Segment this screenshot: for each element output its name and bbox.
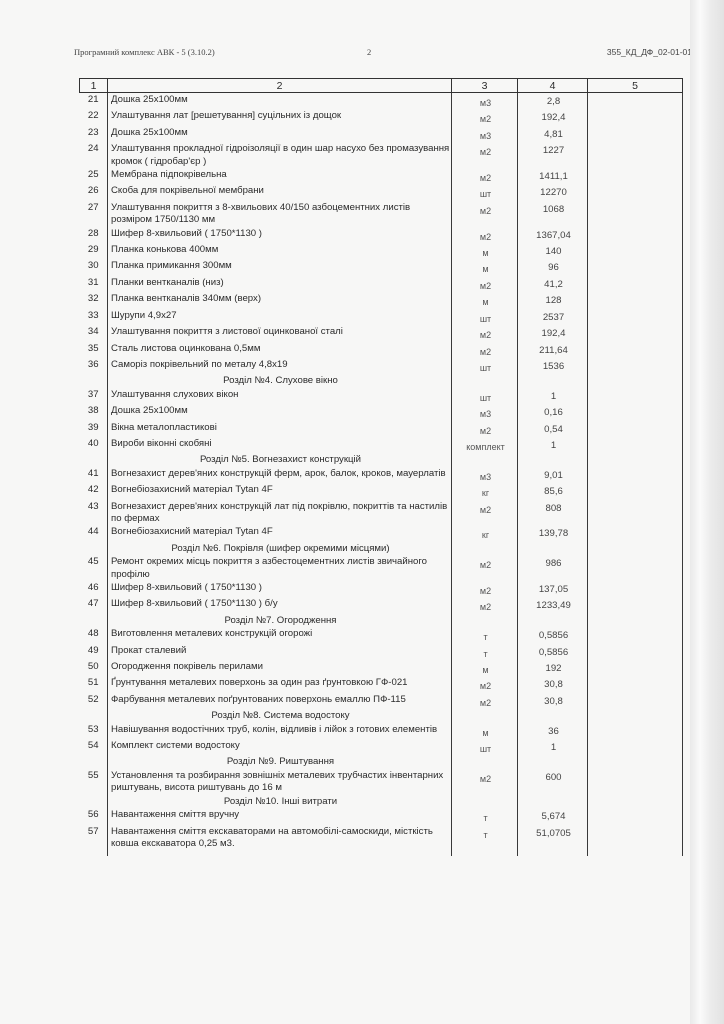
work-description: Дошка 25x100мм bbox=[108, 404, 452, 420]
note-cell bbox=[588, 109, 683, 125]
work-description: Вогнебіозахисний матеріал Tytan 4F bbox=[108, 525, 452, 541]
note-cell bbox=[588, 374, 683, 387]
quantity: 1233,49 bbox=[518, 597, 588, 613]
table-row: 26Скоба для покрівельної мембраништ12270 bbox=[80, 184, 683, 200]
quantity-cell bbox=[518, 453, 588, 466]
note-cell bbox=[588, 755, 683, 768]
work-description: Улаштування слухових вікон bbox=[108, 388, 452, 404]
column-header: 4 bbox=[518, 79, 588, 93]
row-number: 36 bbox=[80, 358, 108, 374]
table-row: 52Фарбування металевих поґрунтованих пов… bbox=[80, 693, 683, 709]
table-row: 46Шифер 8-хвильовий ( 1750*1130 )м2137,0… bbox=[80, 581, 683, 597]
column-header: 1 bbox=[80, 79, 108, 93]
note-cell bbox=[588, 453, 683, 466]
row-number: 22 bbox=[80, 109, 108, 125]
row-number: 23 bbox=[80, 126, 108, 142]
section-row: Розділ №6. Покрівля (шифер окремими місц… bbox=[80, 542, 683, 555]
note-cell bbox=[588, 259, 683, 275]
document-page: Програмний комплекс АВК - 5 (3.10.2) 2 3… bbox=[0, 0, 690, 1024]
table-row: 51Ґрунтування металевих поверхонь за оди… bbox=[80, 676, 683, 692]
row-number: 56 bbox=[80, 808, 108, 824]
row-number: 45 bbox=[80, 555, 108, 581]
table-row: 56Навантаження сміття вручнут5,674 bbox=[80, 808, 683, 824]
unit-of-measure: м bbox=[452, 259, 518, 275]
row-number: 39 bbox=[80, 421, 108, 437]
quantity: 0,5856 bbox=[518, 627, 588, 643]
row-number: 41 bbox=[80, 467, 108, 483]
row-number: 43 bbox=[80, 500, 108, 526]
row-number-cell bbox=[80, 755, 108, 768]
unit-of-measure: шт bbox=[452, 739, 518, 755]
unit-of-measure: м2 bbox=[452, 142, 518, 168]
work-description: Комплект системи водостоку bbox=[108, 739, 452, 755]
row-number: 33 bbox=[80, 309, 108, 325]
unit-of-measure: м2 bbox=[452, 555, 518, 581]
quantity: 2537 bbox=[518, 309, 588, 325]
unit-of-measure: м2 bbox=[452, 500, 518, 526]
table-row: 34Улаштування покриття з листової оцинко… bbox=[80, 325, 683, 341]
work-description: Вогнезахист дерев'яних конструкцій ферм,… bbox=[108, 467, 452, 483]
table-row: 25Мембрана підпокрівельнам21411,1 bbox=[80, 168, 683, 184]
quantity: 1 bbox=[518, 437, 588, 453]
note-cell bbox=[588, 627, 683, 643]
work-description: Навантаження сміття вручну bbox=[108, 808, 452, 824]
note-cell bbox=[588, 693, 683, 709]
column-header: 3 bbox=[452, 79, 518, 93]
table-row: 39Вікна металопластиковім20,54 bbox=[80, 421, 683, 437]
quantity: 986 bbox=[518, 555, 588, 581]
unit-of-measure: м2 bbox=[452, 109, 518, 125]
note-cell bbox=[588, 467, 683, 483]
note-cell bbox=[588, 342, 683, 358]
page-number: 2 bbox=[367, 47, 371, 57]
work-description: Планки вентканалів (низ) bbox=[108, 276, 452, 292]
row-number-cell bbox=[80, 374, 108, 387]
work-description: Шифер 8-хвильовий ( 1750*1130 ) bbox=[108, 227, 452, 243]
note-cell bbox=[588, 437, 683, 453]
note-cell bbox=[588, 808, 683, 824]
row-number-cell bbox=[80, 709, 108, 722]
note-cell bbox=[588, 795, 683, 808]
unit-of-measure: м bbox=[452, 723, 518, 739]
unit-of-measure: м2 bbox=[452, 325, 518, 341]
quantity-cell bbox=[518, 755, 588, 768]
software-name: Програмний комплекс АВК - 5 (3.10.2) bbox=[74, 47, 215, 57]
row-number: 21 bbox=[80, 93, 108, 110]
table-row: 38Дошка 25x100ммм30,16 bbox=[80, 404, 683, 420]
quantity: 1536 bbox=[518, 358, 588, 374]
unit-of-measure: м2 bbox=[452, 581, 518, 597]
row-number: 29 bbox=[80, 243, 108, 259]
table-row: 57Навантаження сміття екскаваторами на а… bbox=[80, 825, 683, 857]
quantity: 0,16 bbox=[518, 404, 588, 420]
row-number-cell bbox=[80, 453, 108, 466]
note-cell bbox=[588, 142, 683, 168]
note-cell bbox=[588, 769, 683, 795]
work-description: Ремонт окремих місць покриття з азбестоц… bbox=[108, 555, 452, 581]
table-row: 43Вогнезахист дерев'яних конструкцій лат… bbox=[80, 500, 683, 526]
unit-of-measure: м2 bbox=[452, 421, 518, 437]
row-number: 28 bbox=[80, 227, 108, 243]
work-description: Скоба для покрівельної мембрани bbox=[108, 184, 452, 200]
work-description: Ґрунтування металевих поверхонь за один … bbox=[108, 676, 452, 692]
quantity-cell bbox=[518, 709, 588, 722]
quantity-cell bbox=[518, 374, 588, 387]
quantity: 36 bbox=[518, 723, 588, 739]
table-row: 41Вогнезахист дерев'яних конструкцій фер… bbox=[80, 467, 683, 483]
unit-cell bbox=[452, 542, 518, 555]
quantity: 9,01 bbox=[518, 467, 588, 483]
column-header: 5 bbox=[588, 79, 683, 93]
unit-cell bbox=[452, 374, 518, 387]
unit-of-measure: м2 bbox=[452, 342, 518, 358]
work-description: Улаштування прокладної гідроізоляції в о… bbox=[108, 142, 452, 168]
quantity: 139,78 bbox=[518, 525, 588, 541]
unit-cell bbox=[452, 614, 518, 627]
unit-cell bbox=[452, 453, 518, 466]
note-cell bbox=[588, 184, 683, 200]
row-number: 57 bbox=[80, 825, 108, 857]
unit-of-measure: м2 bbox=[452, 693, 518, 709]
unit-of-measure: м2 bbox=[452, 276, 518, 292]
quantity: 192,4 bbox=[518, 109, 588, 125]
work-description: Шифер 8-хвильовий ( 1750*1130 ) б/у bbox=[108, 597, 452, 613]
quantity-cell bbox=[518, 542, 588, 555]
table-row: 21Дошка 25x100ммм32,8 bbox=[80, 93, 683, 110]
section-title: Розділ №6. Покрівля (шифер окремими місц… bbox=[108, 542, 452, 555]
row-number: 32 bbox=[80, 292, 108, 308]
note-cell bbox=[588, 168, 683, 184]
unit-of-measure: м2 bbox=[452, 676, 518, 692]
unit-cell bbox=[452, 709, 518, 722]
work-description: Вогнебіозахисний матеріал Tytan 4F bbox=[108, 483, 452, 499]
row-number: 31 bbox=[80, 276, 108, 292]
table-row: 54Комплект системи водостокушт1 bbox=[80, 739, 683, 755]
section-title: Розділ №4. Слухове вікно bbox=[108, 374, 452, 387]
table-row: 24Улаштування прокладної гідроізоляції в… bbox=[80, 142, 683, 168]
work-description: Вогнезахист дерев'яних конструкцій лат п… bbox=[108, 500, 452, 526]
table-row: 48Виготовлення металевих конструкцій ого… bbox=[80, 627, 683, 643]
work-description: Прокат сталевий bbox=[108, 644, 452, 660]
table-row: 27Улаштування покриття з 8-хвильових 40/… bbox=[80, 201, 683, 227]
note-cell bbox=[588, 660, 683, 676]
row-number: 52 bbox=[80, 693, 108, 709]
note-cell bbox=[588, 421, 683, 437]
quantity: 1367,04 bbox=[518, 227, 588, 243]
unit-of-measure: м2 bbox=[452, 227, 518, 243]
note-cell bbox=[588, 709, 683, 722]
unit-of-measure: м3 bbox=[452, 404, 518, 420]
note-cell bbox=[588, 644, 683, 660]
quantity-cell bbox=[518, 795, 588, 808]
quantity: 192,4 bbox=[518, 325, 588, 341]
unit-of-measure: м2 bbox=[452, 168, 518, 184]
note-cell bbox=[588, 525, 683, 541]
quantity: 4,81 bbox=[518, 126, 588, 142]
row-number: 25 bbox=[80, 168, 108, 184]
unit-of-measure: шт bbox=[452, 358, 518, 374]
note-cell bbox=[588, 723, 683, 739]
quantity: 30,8 bbox=[518, 693, 588, 709]
unit-of-measure: м3 bbox=[452, 126, 518, 142]
unit-of-measure: т bbox=[452, 644, 518, 660]
table-row: 35Сталь листова оцинкована 0,5ммм2211,64 bbox=[80, 342, 683, 358]
row-number: 35 bbox=[80, 342, 108, 358]
section-row: Розділ №7. Огородження bbox=[80, 614, 683, 627]
note-cell bbox=[588, 542, 683, 555]
note-cell bbox=[588, 825, 683, 857]
work-description: Огородження покрівель перилами bbox=[108, 660, 452, 676]
note-cell bbox=[588, 614, 683, 627]
work-description: Виготовлення металевих конструкцій огоро… bbox=[108, 627, 452, 643]
row-number: 55 bbox=[80, 769, 108, 795]
document-code: 355_КД_ДФ_02-01-01 bbox=[607, 47, 692, 57]
unit-cell bbox=[452, 755, 518, 768]
note-cell bbox=[588, 126, 683, 142]
quantity: 1 bbox=[518, 739, 588, 755]
row-number: 40 bbox=[80, 437, 108, 453]
work-description: Вікна металопластикові bbox=[108, 421, 452, 437]
quantity: 5,674 bbox=[518, 808, 588, 824]
unit-of-measure: м bbox=[452, 292, 518, 308]
work-description: Фарбування металевих поґрунтованих повер… bbox=[108, 693, 452, 709]
row-number: 44 bbox=[80, 525, 108, 541]
quantity: 1411,1 bbox=[518, 168, 588, 184]
row-number-cell bbox=[80, 542, 108, 555]
row-number: 34 bbox=[80, 325, 108, 341]
table-row: 36Саморіз покрівельний по металу 4,8x19ш… bbox=[80, 358, 683, 374]
row-number: 24 bbox=[80, 142, 108, 168]
work-description: Навішування водостічних труб, колін, від… bbox=[108, 723, 452, 739]
work-description: Дошка 25x100мм bbox=[108, 93, 452, 110]
table-row: 23Дошка 25x100ммм34,81 bbox=[80, 126, 683, 142]
note-cell bbox=[588, 276, 683, 292]
table-row: 28Шифер 8-хвильовий ( 1750*1130 )м21367,… bbox=[80, 227, 683, 243]
unit-of-measure: м2 bbox=[452, 597, 518, 613]
table-body: 21Дошка 25x100ммм32,822Улаштування лат [… bbox=[80, 93, 683, 857]
quantity: 128 bbox=[518, 292, 588, 308]
section-row: Розділ №4. Слухове вікно bbox=[80, 374, 683, 387]
table-row: 55Установлення та розбирання зовнішніх м… bbox=[80, 769, 683, 795]
work-description: Шифер 8-хвильовий ( 1750*1130 ) bbox=[108, 581, 452, 597]
table-row: 32Планка вентканалів 340мм (верх)м128 bbox=[80, 292, 683, 308]
table-row: 40Вироби віконні скобянікомплект1 bbox=[80, 437, 683, 453]
table-row: 31Планки вентканалів (низ)м241,2 bbox=[80, 276, 683, 292]
work-description: Улаштування лат [решетування] суцільних … bbox=[108, 109, 452, 125]
note-cell bbox=[588, 483, 683, 499]
row-number: 38 bbox=[80, 404, 108, 420]
quantity: 137,05 bbox=[518, 581, 588, 597]
note-cell bbox=[588, 581, 683, 597]
table-row: 47Шифер 8-хвильовий ( 1750*1130 ) б/ум21… bbox=[80, 597, 683, 613]
quantity: 808 bbox=[518, 500, 588, 526]
table-row: 44Вогнебіозахисний матеріал Tytan 4Fкг13… bbox=[80, 525, 683, 541]
unit-of-measure: м bbox=[452, 243, 518, 259]
section-title: Розділ №10. Інші витрати bbox=[108, 795, 452, 808]
row-number: 26 bbox=[80, 184, 108, 200]
work-description: Планка вентканалів 340мм (верх) bbox=[108, 292, 452, 308]
note-cell bbox=[588, 309, 683, 325]
note-cell bbox=[588, 93, 683, 110]
row-number: 42 bbox=[80, 483, 108, 499]
row-number-cell bbox=[80, 795, 108, 808]
note-cell bbox=[588, 404, 683, 420]
table-row: 22Улаштування лат [решетування] суцільни… bbox=[80, 109, 683, 125]
work-description: Навантаження сміття екскаваторами на авт… bbox=[108, 825, 452, 857]
unit-of-measure: м3 bbox=[452, 467, 518, 483]
row-number: 51 bbox=[80, 676, 108, 692]
unit-of-measure: шт bbox=[452, 388, 518, 404]
quantity: 41,2 bbox=[518, 276, 588, 292]
quantity: 51,0705 bbox=[518, 825, 588, 857]
scan-page-edge bbox=[690, 0, 724, 1024]
table-row: 45Ремонт окремих місць покриття з азбест… bbox=[80, 555, 683, 581]
note-cell bbox=[588, 358, 683, 374]
section-row: Розділ №9. Риштування bbox=[80, 755, 683, 768]
note-cell bbox=[588, 227, 683, 243]
quantity: 600 bbox=[518, 769, 588, 795]
row-number: 50 bbox=[80, 660, 108, 676]
table-row: 29Планка конькова 400ммм140 bbox=[80, 243, 683, 259]
quantity: 85,6 bbox=[518, 483, 588, 499]
quantity: 96 bbox=[518, 259, 588, 275]
quantity: 211,64 bbox=[518, 342, 588, 358]
quantity: 30,8 bbox=[518, 676, 588, 692]
row-number: 48 bbox=[80, 627, 108, 643]
note-cell bbox=[588, 597, 683, 613]
section-title: Розділ №5. Вогнезахист конструкцій bbox=[108, 453, 452, 466]
table-row: 33Шурупи 4,9x27шт2537 bbox=[80, 309, 683, 325]
quantity: 1227 bbox=[518, 142, 588, 168]
quantity: 0,54 bbox=[518, 421, 588, 437]
section-title: Розділ №8. Система водостоку bbox=[108, 709, 452, 722]
work-description: Дошка 25x100мм bbox=[108, 126, 452, 142]
unit-of-measure: шт bbox=[452, 184, 518, 200]
work-description: Вироби віконні скобяні bbox=[108, 437, 452, 453]
quantity: 12270 bbox=[518, 184, 588, 200]
section-title: Розділ №7. Огородження bbox=[108, 614, 452, 627]
section-title: Розділ №9. Риштування bbox=[108, 755, 452, 768]
work-description: Мембрана підпокрівельна bbox=[108, 168, 452, 184]
quantity-cell bbox=[518, 614, 588, 627]
section-row: Розділ №8. Система водостоку bbox=[80, 709, 683, 722]
unit-of-measure: т bbox=[452, 627, 518, 643]
defect-act-table: 1 2 3 4 5 21Дошка 25x100ммм32,822Улаштув… bbox=[79, 78, 683, 856]
unit-of-measure: кг bbox=[452, 483, 518, 499]
unit-of-measure: т bbox=[452, 808, 518, 824]
row-number: 27 bbox=[80, 201, 108, 227]
quantity: 1 bbox=[518, 388, 588, 404]
work-description: Планка конькова 400мм bbox=[108, 243, 452, 259]
note-cell bbox=[588, 388, 683, 404]
table-row: 53Навішування водостічних труб, колін, в… bbox=[80, 723, 683, 739]
row-number: 49 bbox=[80, 644, 108, 660]
unit-of-measure: м bbox=[452, 660, 518, 676]
table-row: 50Огородження покрівель периламим192 bbox=[80, 660, 683, 676]
note-cell bbox=[588, 739, 683, 755]
work-description: Улаштування покриття з листової оцинкова… bbox=[108, 325, 452, 341]
unit-of-measure: кг bbox=[452, 525, 518, 541]
table-row: 49Прокат сталевийт0,5856 bbox=[80, 644, 683, 660]
unit-of-measure: м2 bbox=[452, 769, 518, 795]
quantity: 140 bbox=[518, 243, 588, 259]
note-cell bbox=[588, 555, 683, 581]
note-cell bbox=[588, 201, 683, 227]
quantity: 0,5856 bbox=[518, 644, 588, 660]
unit-of-measure: м3 bbox=[452, 93, 518, 110]
column-header: 2 bbox=[108, 79, 452, 93]
quantity: 1068 bbox=[518, 201, 588, 227]
quantity: 192 bbox=[518, 660, 588, 676]
work-description: Сталь листова оцинкована 0,5мм bbox=[108, 342, 452, 358]
unit-of-measure: м2 bbox=[452, 201, 518, 227]
table-header-row: 1 2 3 4 5 bbox=[80, 79, 683, 93]
quantity: 2,8 bbox=[518, 93, 588, 110]
note-cell bbox=[588, 676, 683, 692]
section-row: Розділ №5. Вогнезахист конструкцій bbox=[80, 453, 683, 466]
row-number: 37 bbox=[80, 388, 108, 404]
work-description: Шурупи 4,9x27 bbox=[108, 309, 452, 325]
row-number: 30 bbox=[80, 259, 108, 275]
table-row: 30Планка примикання 300ммм96 bbox=[80, 259, 683, 275]
note-cell bbox=[588, 292, 683, 308]
work-description: Саморіз покрівельний по металу 4,8x19 bbox=[108, 358, 452, 374]
unit-of-measure: т bbox=[452, 825, 518, 857]
table-row: 37Улаштування слухових віконшт1 bbox=[80, 388, 683, 404]
note-cell bbox=[588, 243, 683, 259]
row-number: 47 bbox=[80, 597, 108, 613]
note-cell bbox=[588, 325, 683, 341]
row-number-cell bbox=[80, 614, 108, 627]
work-description: Планка примикання 300мм bbox=[108, 259, 452, 275]
work-description: Установлення та розбирання зовнішніх мет… bbox=[108, 769, 452, 795]
unit-cell bbox=[452, 795, 518, 808]
section-row: Розділ №10. Інші витрати bbox=[80, 795, 683, 808]
table-row: 42Вогнебіозахисний матеріал Tytan 4Fкг85… bbox=[80, 483, 683, 499]
unit-of-measure: комплект bbox=[452, 437, 518, 453]
note-cell bbox=[588, 500, 683, 526]
work-description: Улаштування покриття з 8-хвильових 40/15… bbox=[108, 201, 452, 227]
unit-of-measure: шт bbox=[452, 309, 518, 325]
row-number: 53 bbox=[80, 723, 108, 739]
row-number: 54 bbox=[80, 739, 108, 755]
row-number: 46 bbox=[80, 581, 108, 597]
